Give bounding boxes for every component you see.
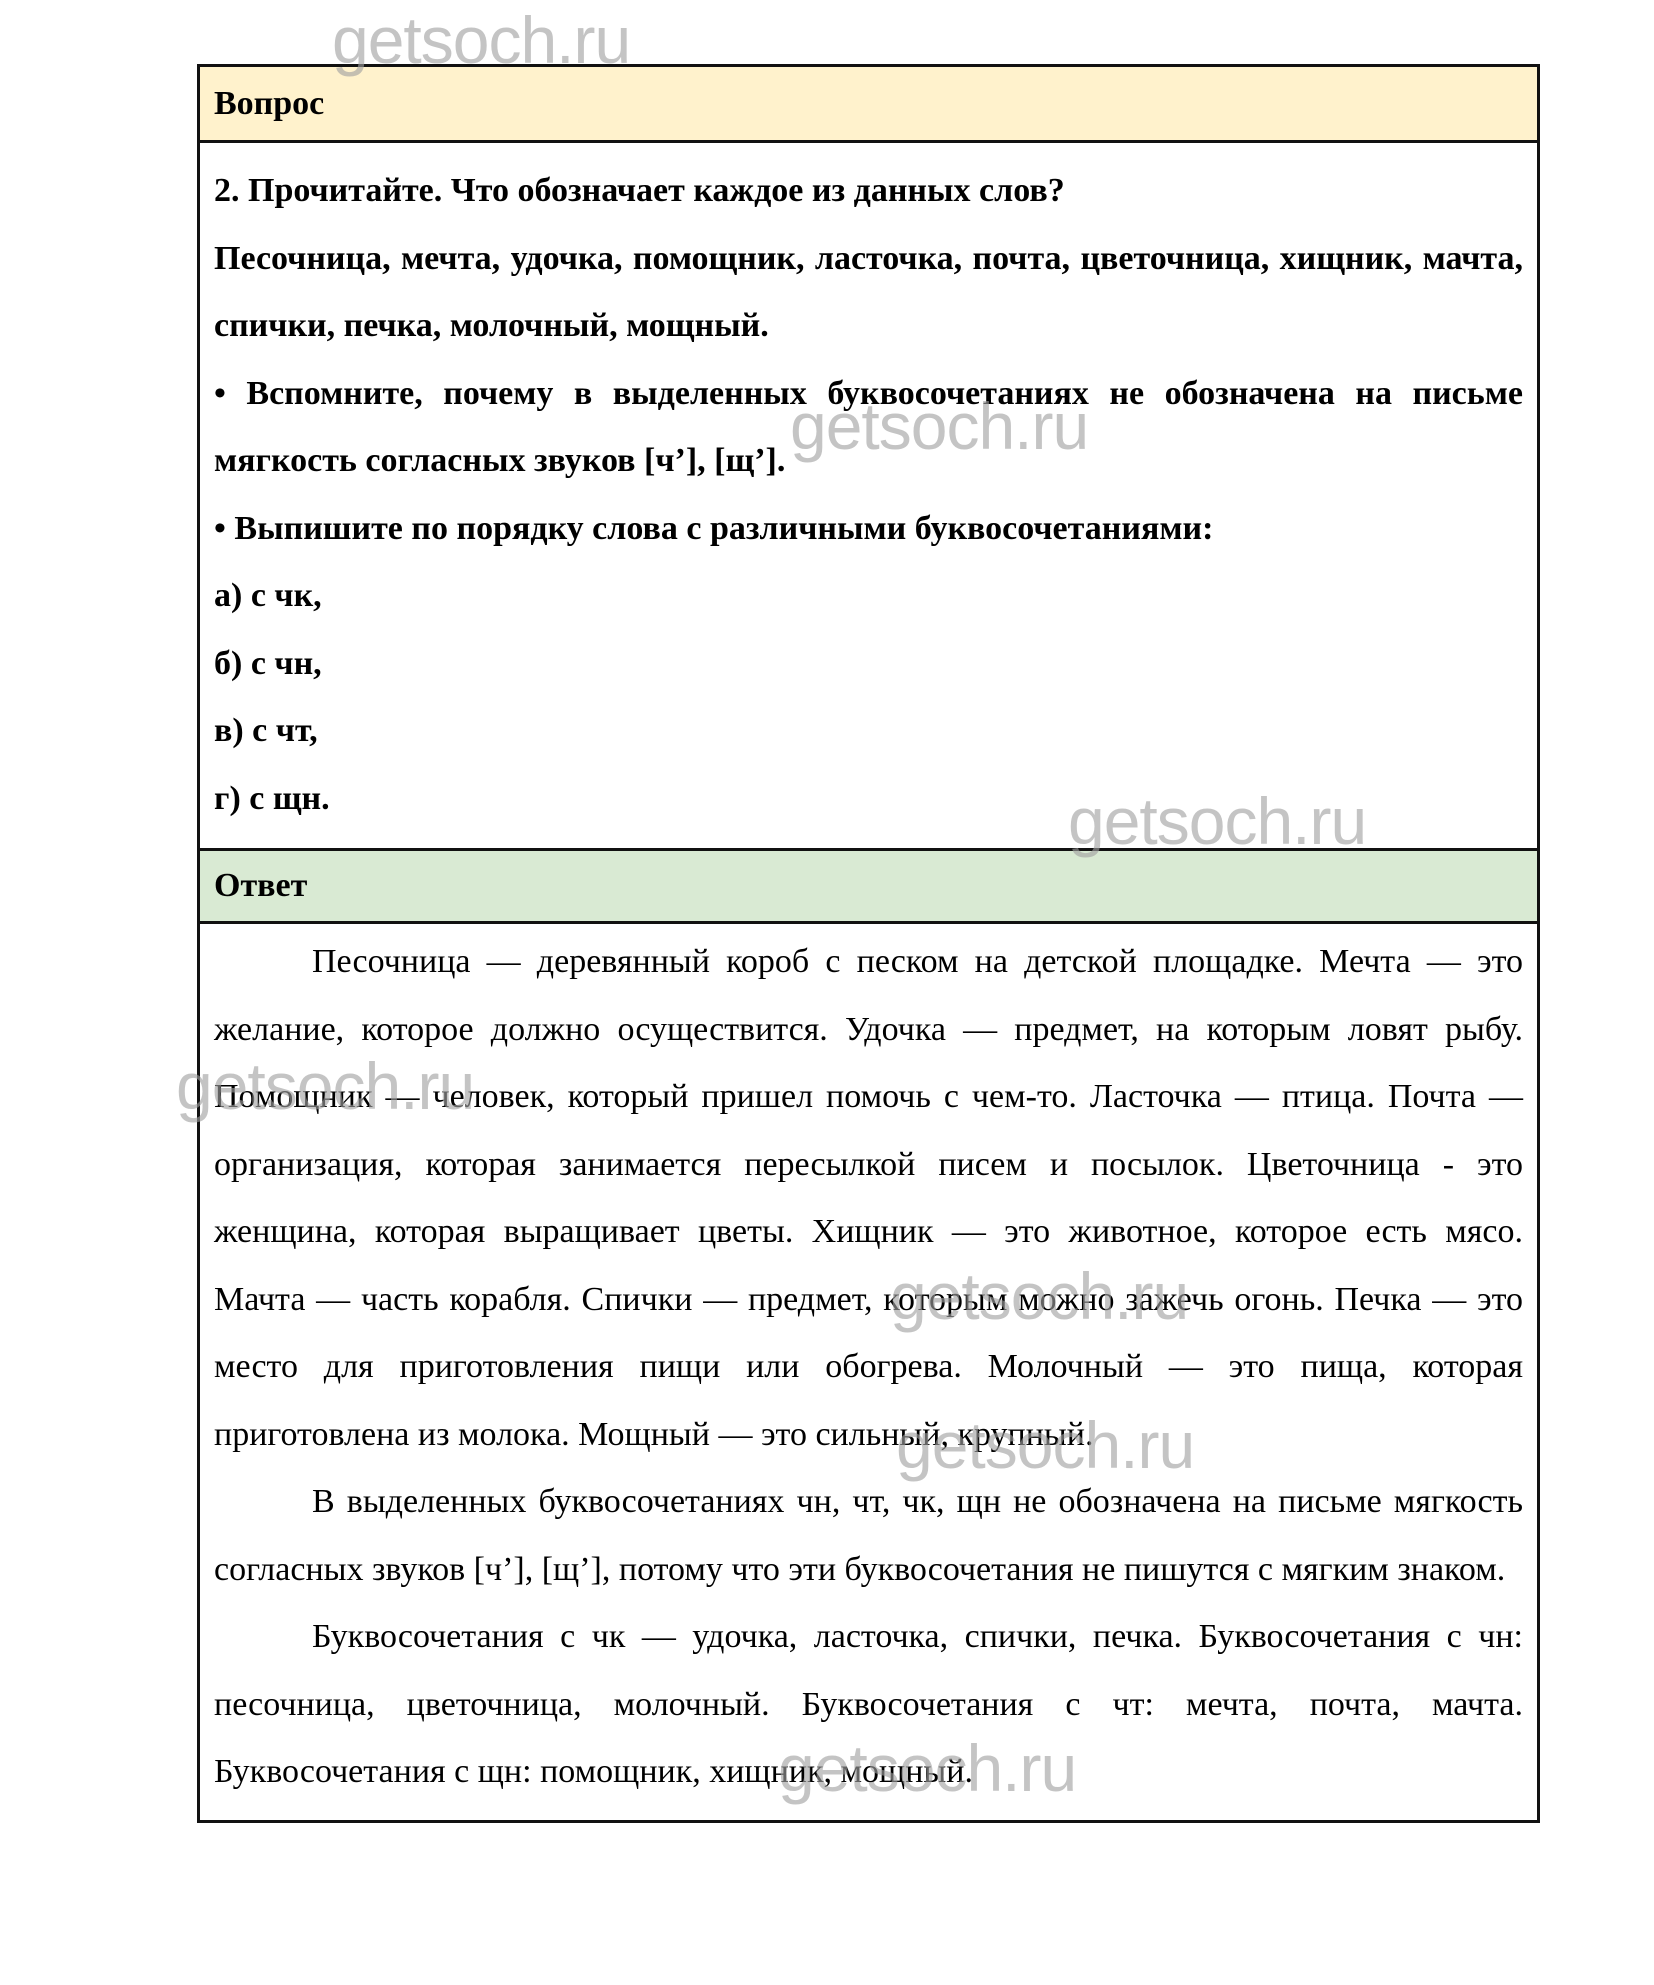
answer-body: Песочница — деревянный короб с песком на… bbox=[200, 924, 1537, 1820]
question-task-2: • Выпишите по порядку слова с различными… bbox=[214, 495, 1523, 563]
answer-paragraph-definitions: Песочница — деревянный короб с песком на… bbox=[214, 928, 1523, 1468]
qa-table: Вопрос 2. Прочитайте. Что обозначает каж… bbox=[197, 64, 1540, 1823]
question-title: 2. Прочитайте. Что обозначает каждое из … bbox=[214, 157, 1523, 225]
question-task-1: • Вспомните, почему в выделенных буквосо… bbox=[214, 360, 1523, 495]
answer-header-label: Ответ bbox=[214, 867, 307, 905]
question-header: Вопрос bbox=[200, 67, 1537, 143]
answer-paragraph-explanation: В выделенных буквосочетаниях чн, чт, чк,… bbox=[214, 1468, 1523, 1603]
question-option-a: а) с чк, bbox=[214, 562, 1523, 630]
question-option-b: б) с чн, bbox=[214, 630, 1523, 698]
question-header-label: Вопрос bbox=[214, 85, 324, 123]
question-option-d: г) с щн. bbox=[214, 765, 1523, 833]
question-words: Песочница, мечта, удочка, помощник, ласт… bbox=[214, 225, 1523, 360]
answer-paragraph-groups: Буквосочетания с чк — удочка, ласточка, … bbox=[214, 1603, 1523, 1806]
question-body: 2. Прочитайте. Что обозначает каждое из … bbox=[200, 143, 1537, 848]
answer-header: Ответ bbox=[200, 848, 1537, 924]
question-option-c: в) с чт, bbox=[214, 697, 1523, 765]
